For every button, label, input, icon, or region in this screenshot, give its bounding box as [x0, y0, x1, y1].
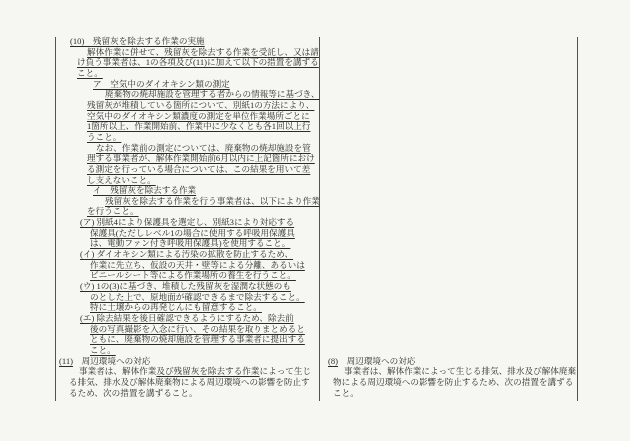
subitem-u-line-2: のとした上で、原地面が確認できるまで除去すること。 — [90, 292, 305, 303]
clause-8-heading: (8) 周辺環境への対応 — [328, 356, 415, 367]
item-a-body-line-3: 空気中のダイオキシン類濃度の測定を単位作業場所ごとに — [87, 111, 310, 122]
item-a-note-line-2: 理する事業者が、解体作業開始前6月以内に上記箇所におけ — [87, 153, 315, 164]
item-a-body-line-1: 廃棄物の焼却施設を管理する者からの情報等に基づき、 — [105, 89, 320, 100]
item-i-intro-line-2: を行うこと。 — [87, 206, 139, 217]
subitem-i-line-3: ビニールシート等による作業場所の養生を行うこと。 — [90, 270, 296, 281]
subitem-a-line-2: 保護具(ただしレベル1の場合に使用する呼吸用保護具 — [90, 228, 295, 239]
document-page: (10) 残留灰を除去する作業の実施 解体作業に併せて、残留灰を除去する作業を受… — [0, 0, 630, 441]
clause-11-number: (11) — [59, 356, 73, 366]
subitem-e-line-2: 後の写真撮影を入念に行い、その結果を取りまとめると — [90, 324, 305, 335]
clause-11-body-plain-2: によって生じ — [260, 366, 312, 376]
clause-11-body-plain: 事業者は、解体作業 — [79, 366, 156, 376]
clause-10-heading: (10) 残留灰を除去する作業の実施 — [70, 36, 205, 47]
clause-8-title: 周辺環境への対応 — [338, 356, 415, 366]
subitem-e-line-4: こと。 — [90, 345, 116, 356]
subitem-a-line-3: は、電動ファン付き呼吸用保護具)を使用すること。 — [90, 238, 290, 249]
item-a-body-line-2: 残留灰が堆積している箇所について、別紙1の方法により、 — [87, 100, 314, 111]
item-a-note-line-3: る測定を行っている場合については、この結果を用いて差 — [87, 164, 310, 175]
clause-10-intro-line-2: け負う事業者は、1の各項及び(11)に加えて以下の措置を講ずる — [77, 57, 319, 68]
clause-10-intro-line-1: 解体作業に併せて、残留灰を除去する作業を受託し、又は請 — [87, 47, 319, 58]
clause-8-body-line-1: 事業者は、解体作業によって生じる排気、排水及び解体廃棄 — [344, 366, 576, 377]
clause-8-number: (8) — [328, 356, 338, 366]
subitem-u-line-3: 特に土壌からの再発じんにも留意すること。 — [90, 302, 262, 313]
item-a-note-line-4: し支えないこと。 — [87, 175, 156, 186]
clause-8-body-line-3: こと。 — [333, 388, 359, 399]
item-i-heading: イ 残留灰を除去する作業 — [93, 185, 196, 196]
subitem-i-line-2: 作業に先立ち、仮設の天井・壁等による分離、あるいは — [90, 260, 305, 271]
clause-11-body-line-3: るため、次の措置を講ずること。 — [69, 388, 198, 399]
item-a-body-line-5: うこと。 — [87, 132, 121, 143]
subitem-i-line-1: (イ) ダイオキシン類による汚染の拡散を防止するため、 — [80, 249, 293, 260]
clause-11-body-line-2: る排気、排水及び解体廃棄物による周辺環境への影響を防止す — [69, 377, 310, 388]
item-i-intro-line-1: 残留灰を除去する作業を行う事業者は、以下により作業 — [105, 196, 320, 207]
clause-8-body-line-2: 物による周辺環境への影響を防止するため、次の措置を講ずる — [333, 377, 573, 388]
clause-11-body-inserted: 及び残留灰を除去する作業 — [156, 366, 259, 376]
subitem-u-line-1: (ウ) 1の(3)に基づき、堆積した残留灰を湿潤な状態のも — [80, 281, 291, 292]
item-a-body-line-4: 1箇所以上、作業開始前、作業中に少なくとも各1回以上行 — [87, 121, 310, 132]
item-a-heading: ア 空気中のダイオキシン類の測定 — [93, 79, 230, 90]
subitem-a-line-1: (ア) 別紙4により保護具を選定し、別紙3により対応する — [80, 217, 294, 228]
table-border-right — [577, 37, 578, 401]
table-border-left — [55, 37, 56, 401]
item-a-note-line-1: なお、作業前の測定については、廃棄物の焼却施設を管 — [96, 143, 311, 154]
subitem-e-line-1: (エ) 除去結果を後日確認できるようにするため、除去前 — [80, 313, 294, 324]
subitem-e-line-3: ともに、廃棄物の焼却施設を管理する事業者に提出する — [90, 334, 305, 345]
clause-11-body-line-1: 事業者は、解体作業及び残留灰を除去する作業によって生じ — [79, 366, 311, 377]
clause-10-intro-line-3: こと。 — [77, 68, 103, 79]
clause-11-heading: (11) 周辺環境への対応 — [59, 356, 150, 367]
clause-11-title: 周辺環境への対応 — [73, 356, 150, 366]
